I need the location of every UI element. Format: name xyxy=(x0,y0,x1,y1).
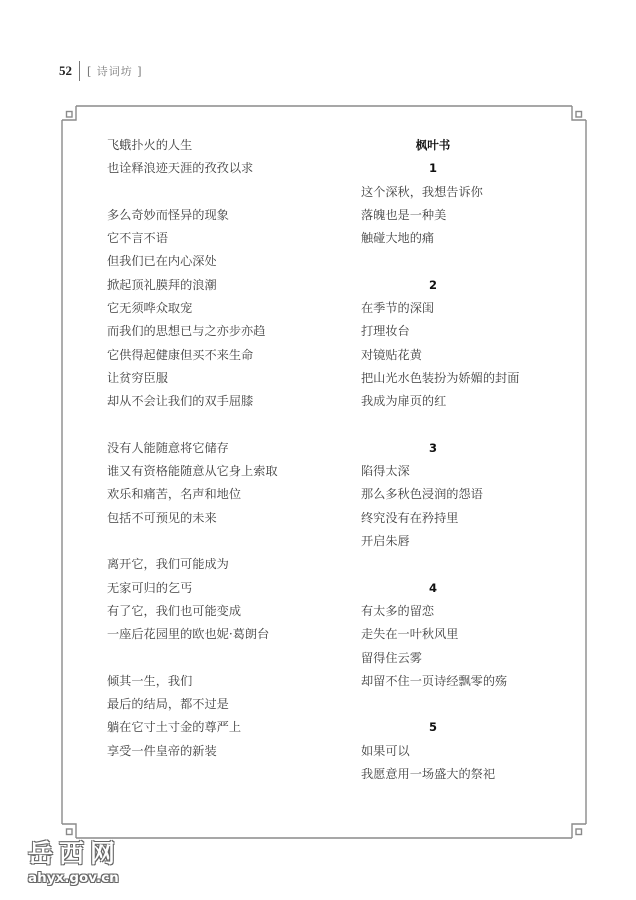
poem-line: 享受一件皇帝的新装 xyxy=(107,740,347,763)
poem-line: 却从不会让我们的双手屈膝 xyxy=(107,390,347,413)
poem-line: 在季节的深闺 xyxy=(361,297,561,320)
poem-line: 谁又有资格能随意从它身上索取 xyxy=(107,460,347,483)
poem-title: 枫叶书 xyxy=(361,134,505,157)
stanza-gap xyxy=(361,553,561,576)
poem-line: 陷得太深 xyxy=(361,460,561,483)
watermark-url: ahyx.gov.cn xyxy=(28,870,138,886)
watermark: 岳西网 ahyx.gov.cn xyxy=(28,840,138,886)
page-number: 52 xyxy=(59,63,72,79)
stanza-number: 1 xyxy=(361,157,505,180)
stanza-gap xyxy=(107,181,347,204)
poem-line: 终究没有在矜持里 xyxy=(361,507,561,530)
stanza-number: 2 xyxy=(361,274,505,297)
stanza-gap xyxy=(361,250,561,273)
poem-line: 有了它，我们也可能变成 xyxy=(107,600,347,623)
watermark-title: 岳西网 xyxy=(28,840,138,868)
poem-line: 对镜贴花黄 xyxy=(361,344,561,367)
stanza-list: 1这个深秋，我想告诉你落魄也是一种美触碰大地的痛2在季节的深闺打理妆台对镜贴花黄… xyxy=(361,157,561,786)
poem-line: 无家可归的乞丐 xyxy=(107,577,347,600)
poem-line: 开启朱唇 xyxy=(361,530,561,553)
poem-line: 多么奇妙而怪异的现象 xyxy=(107,204,347,227)
page-header: 52 [ 诗词坊 ] xyxy=(59,61,143,81)
poem-line: 倾其一生，我们 xyxy=(107,670,347,693)
poem-line: 有太多的留恋 xyxy=(361,600,561,623)
poem-line: 但我们已在内心深处 xyxy=(107,250,347,273)
stanza-gap xyxy=(107,414,347,437)
poem-line: 它无须哗众取宠 xyxy=(107,297,347,320)
poem-line: 走失在一叶秋风里 xyxy=(361,623,561,646)
poem-line: 如果可以 xyxy=(361,740,561,763)
stanza-number: 3 xyxy=(361,437,505,460)
poem-line: 这个深秋，我想告诉你 xyxy=(361,181,561,204)
poem-line: 落魄也是一种美 xyxy=(361,204,561,227)
poem-line: 把山光水色装扮为娇媚的封面 xyxy=(361,367,561,390)
poem-line: 让贫穷臣服 xyxy=(107,367,347,390)
poem-line: 没有人能随意将它储存 xyxy=(107,437,347,460)
poem-line: 躺在它寸土寸金的尊严上 xyxy=(107,716,347,739)
poem-line: 一座后花园里的欧也妮·葛朗台 xyxy=(107,623,347,646)
section-label: [ 诗词坊 ] xyxy=(87,63,143,79)
poem-line: 它供得起健康但买不来生命 xyxy=(107,344,347,367)
stanza-number: 5 xyxy=(361,716,505,739)
stanza-gap xyxy=(361,693,561,716)
header-divider xyxy=(79,61,80,81)
poem-line: 而我们的思想已与之亦步亦趋 xyxy=(107,320,347,343)
poem-line: 包括不可预见的未来 xyxy=(107,507,347,530)
poem-line: 留得住云雾 xyxy=(361,647,561,670)
poem-line: 离开它，我们可能成为 xyxy=(107,553,347,576)
poem-line: 它不言不语 xyxy=(107,227,347,250)
poem-line: 欢乐和痛苦，名声和地位 xyxy=(107,483,347,506)
stanza-number: 4 xyxy=(361,577,505,600)
stanza-gap xyxy=(107,647,347,670)
poem-line: 那么多秋色浸润的怨语 xyxy=(361,483,561,506)
left-poem: 飞蛾扑火的人生也诠释浪迹天涯的孜孜以求多么奇妙而怪异的现象它不言不语但我们已在内… xyxy=(107,134,347,763)
poem-line: 我成为扉页的红 xyxy=(361,390,561,413)
poem-line: 飞蛾扑火的人生 xyxy=(107,134,347,157)
poem-line: 触碰大地的痛 xyxy=(361,227,561,250)
poem-line: 最后的结局，都不过是 xyxy=(107,693,347,716)
right-poem: 枫叶书 1这个深秋，我想告诉你落魄也是一种美触碰大地的痛2在季节的深闺打理妆台对… xyxy=(361,134,561,786)
poem-line: 我愿意用一场盛大的祭祀 xyxy=(361,763,561,786)
poem-line: 打理妆台 xyxy=(361,320,561,343)
stanza-gap xyxy=(107,530,347,553)
poem-line: 掀起顶礼膜拜的浪潮 xyxy=(107,274,347,297)
poem-line: 也诠释浪迹天涯的孜孜以求 xyxy=(107,157,347,180)
poem-line: 却留不住一页诗经飘零的殇 xyxy=(361,670,561,693)
stanza-gap xyxy=(361,414,561,437)
